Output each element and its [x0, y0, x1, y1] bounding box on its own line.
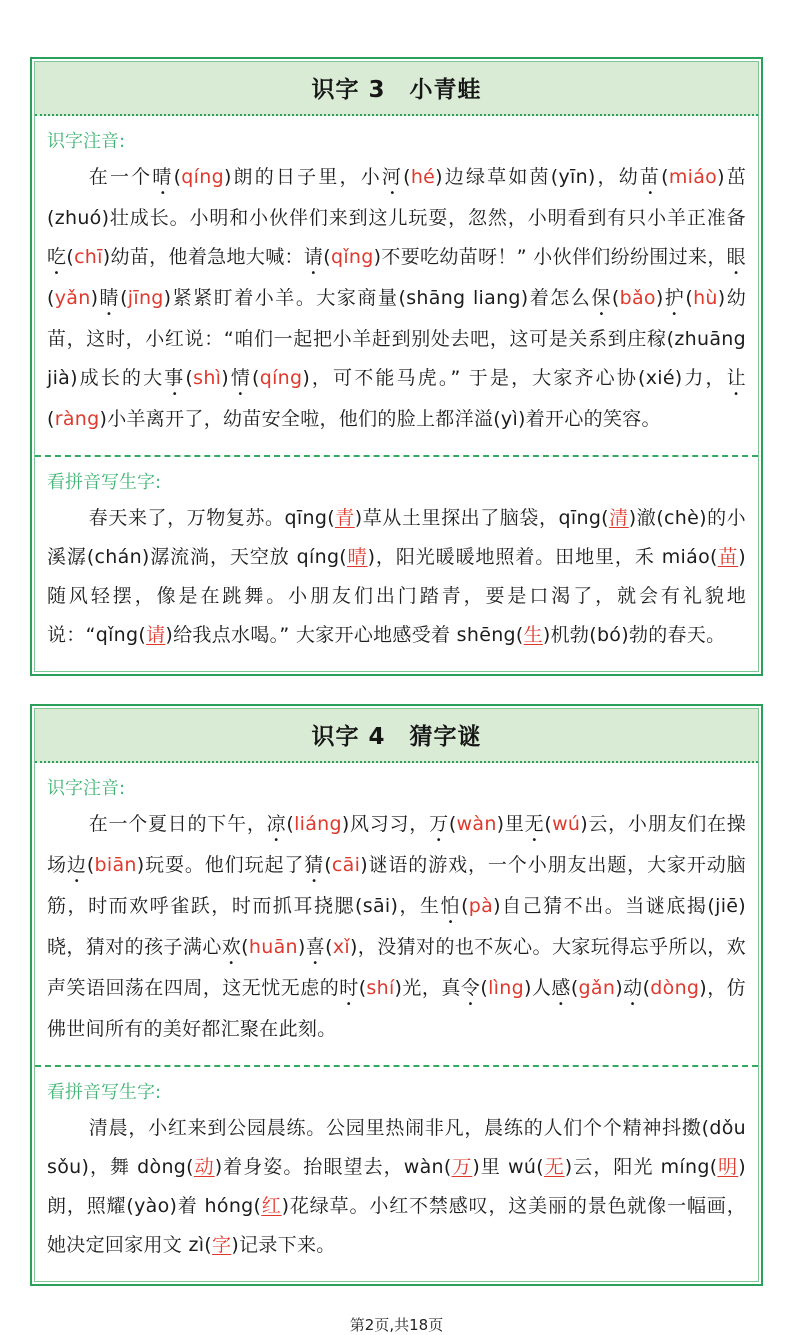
passage-text: 清晨，小红来到公园晨练。公园里热闹非凡，晨练的人们个个精神抖擞(dǒu sǒu)… — [47, 1109, 746, 1265]
phonetic-annotation-block: 识字注音: 在一个晴(qíng)朗的日子里，小河(hé)边绿草如茵(yīn)，幼… — [35, 116, 758, 455]
passage-text: 春天来了，万物复苏。qīng(青)草从土里探出了脑袋，qīng(清)澈(chè)… — [47, 499, 746, 655]
subsection-label-phonetic: 识字注音: — [35, 118, 758, 153]
phonetic-annotation-block: 识字注音: 在一个夏日的下午，凉(liáng)风习习，万(wàn)里无(wú)云… — [35, 763, 758, 1065]
write-from-pinyin-block: 看拼音写生字: 清晨，小红来到公园晨练。公园里热闹非凡，晨练的人们个个精神抖擞(… — [35, 1065, 758, 1281]
passage-text: 在一个晴(qíng)朗的日子里，小河(hé)边绿草如茵(yīn)，幼苗(miáo… — [47, 158, 746, 439]
section-card-inner-border: 识字 3 小青蛙 识字注音: 在一个晴(qíng)朗的日子里，小河(hé)边绿草… — [34, 61, 759, 672]
subsection-label-write: 看拼音写生字: — [35, 1069, 758, 1104]
section-title: 识字 3 小青蛙 — [311, 77, 481, 103]
section-card-inner-border: 识字 4 猜字谜 识字注音: 在一个夏日的下午，凉(liáng)风习习，万(wà… — [34, 708, 759, 1282]
write-from-pinyin-block: 看拼音写生字: 春天来了，万物复苏。qīng(青)草从土里探出了脑袋，qīng(… — [35, 455, 758, 671]
section-card-shizi-3: 识字 3 小青蛙 识字注音: 在一个晴(qíng)朗的日子里，小河(hé)边绿草… — [30, 57, 763, 676]
subsection-label-write: 看拼音写生字: — [35, 459, 758, 494]
subsection-label-phonetic: 识字注音: — [35, 765, 758, 800]
section-title: 识字 4 猜字谜 — [311, 724, 481, 750]
section-header: 识字 3 小青蛙 — [35, 62, 758, 116]
section-header: 识字 4 猜字谜 — [35, 709, 758, 763]
page-number: 第2页,共18页 — [30, 1314, 763, 1335]
passage-text: 在一个夏日的下午，凉(liáng)风习习，万(wàn)里无(wú)云，小朋友们在… — [47, 805, 746, 1049]
worksheet-page: { "colors": { "border_green": "#2aa05b",… — [0, 0, 793, 1122]
section-card-shizi-4: 识字 4 猜字谜 识字注音: 在一个夏日的下午，凉(liáng)风习习，万(wà… — [30, 704, 763, 1286]
